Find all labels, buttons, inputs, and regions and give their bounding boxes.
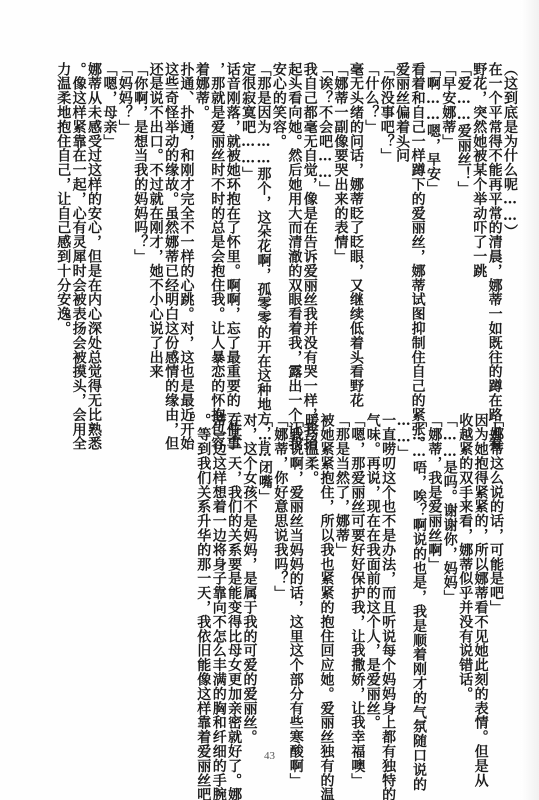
text-column: 「你啊，是想当我的妈妈吗？」 xyxy=(132,62,147,380)
text-column: ，那就是爱丽丝时不时的总是会抱住我。让人暴恋的怀抱包容 xyxy=(209,62,224,380)
text-column: 扑通、扑通，和刚才完全不一样的心跳。对，这也是最近开始 xyxy=(178,62,193,380)
page-number: 43 xyxy=(0,750,539,762)
text-column: 安心的笑容。 xyxy=(271,62,286,380)
text-column: 。等到我们关系升华的那一天，我依旧能像这样靠着爱丽丝吧 xyxy=(195,413,210,725)
text-column: 。像这样紧靠在一起，心有灵犀时会被表扬会被摸头，会用全 xyxy=(70,62,85,380)
text-block-top: （这到底是为什么呢……） 在一个平常得不能再平常的清晨，娜蒂一如既往的蹲在路上看… xyxy=(62,62,517,380)
text-column: 被她紧紧抱住，所以我也紧紧的抱住回应她。爱丽丝独有的温 xyxy=(318,413,333,725)
text-column: 着娜蒂。 xyxy=(193,62,208,380)
text-column: 这些奇怪举动的缘故。虽然娜蒂已经明白这份感情的缘由，但 xyxy=(163,62,178,380)
book-page: （这到底是为什么呢……） 在一个平常得不能再平常的清晨，娜蒂一如既往的蹲在路上看… xyxy=(0,0,539,800)
text-column: 「诶？不会吧……」 xyxy=(317,62,332,380)
text-column: 收越紧的双手来看，娜蒂似乎并没有说错话。 xyxy=(457,413,472,725)
text-column: （这到底是为什么呢……） xyxy=(502,62,517,380)
text-column: 「早安娜蒂」 xyxy=(440,62,455,380)
text-column: 「妈妈？」 xyxy=(116,62,131,380)
text-column: 还是说不出口。不过就在刚才，她不小心说了出来 xyxy=(147,62,162,380)
text-column: 娜蒂从未感受过这样的安心，但是在内心深处总觉得无比熟悉 xyxy=(86,62,101,380)
text-column: 气味。再说，现在在我面前的这个人，是爱丽丝。 xyxy=(364,413,379,725)
text-column: 「那是因为……那个，这朵花啊，孤零零的开在这种地方，肯 xyxy=(255,62,270,380)
text-column: 蒂一边这样想着一边将身子靠向不怎么丰满的胸和纤细的手腕 xyxy=(210,413,225,725)
text-column: 「娜蒂，你好意思说我吗？」 xyxy=(272,413,287,725)
text-column: 一直唠叨这个也不是办法，而且听说每个妈妈身上都有独特的 xyxy=(380,413,395,725)
text-column: 毫无头绪的问话，娜蒂眨了眨眼，又继续低着头看野花 xyxy=(348,62,363,380)
text-column: 「嗯，母亲」 xyxy=(101,62,116,380)
text-column: 在一个平常得不能再平常的清晨，娜蒂一如既往的蹲在路上看 xyxy=(486,62,501,380)
text-column: 。 xyxy=(179,413,194,725)
text-column: 我自己都毫无自觉，像是在告诉爱丽丝我并没有哭一样，我抬 xyxy=(301,62,316,380)
text-column: 野花，突然她被某个举动吓了一跳 xyxy=(471,62,486,380)
text-column: 「那是当然了，娜蒂」 xyxy=(334,413,349,725)
text-column: 「你没事吧？」 xyxy=(378,62,393,380)
text-block-bottom: 「娜蒂这么说的话，可能是吧」 因为她抱得紧紧的，所以娜蒂看不见她此刻的表情。但是… xyxy=(193,413,503,725)
text-column: 「……闭嘴」 xyxy=(257,413,272,725)
text-column: 「嗯，那爱丽丝可要好好保护我，让我撒娇，让我幸福噢」 xyxy=(349,413,364,725)
text-column: 「爱……爱丽丝！」 xyxy=(455,62,470,380)
text-column: 暖与温柔。 xyxy=(303,413,318,725)
text-column: 力温柔地抱住自己，让自己感到十分安逸。 xyxy=(55,62,70,380)
text-column: ……」 xyxy=(395,413,410,725)
page-edge-shadow xyxy=(521,0,539,800)
text-column: 「娜蒂一副像要哭出来的表情」 xyxy=(332,62,347,380)
text-column: 「……是吗。谢谢你，妈妈」 xyxy=(441,413,456,725)
text-column: 「我说啊，爱丽丝当妈妈的话，这里这个部分有些寒酸啊」 xyxy=(287,413,302,725)
text-column: 「娜蒂，我是爱丽丝啊」 xyxy=(426,413,441,725)
text-column: 「娜蒂这么说的话，可能是吧」 xyxy=(488,413,503,725)
text-column: 因为她抱得紧紧的，所以娜蒂看不见她此刻的表情。但是从 xyxy=(472,413,487,725)
text-column: 起头看向她。然后她用大而清澈的双眼看着我，露出一个让我 xyxy=(286,62,301,380)
text-column: 爱丽丝偏着头问 xyxy=(394,62,409,380)
text-column: 「啊……嗯，早安」 xyxy=(425,62,440,380)
text-column: 看着和自己一样蹲下的爱丽丝，娜蒂试图抑制住自己的紧张。 xyxy=(409,62,424,380)
text-column: 在某一天，我们的关系要是能变得比母女更加亲密就好了。娜 xyxy=(226,413,241,725)
text-column: 定很寂寞吧……」 xyxy=(240,62,255,380)
text-column: 「……唔，唉？啊说的也是，我是顺着刚才的气氛随口说的 xyxy=(411,413,426,725)
text-column: 话音刚落，就被她环抱在了怀里。啊啊，忘了最重要的一件事 xyxy=(224,62,239,380)
text-column: 「什么？」 xyxy=(363,62,378,380)
text-column: 对，这个女孩不是妈妈，是属于我的可爱的爱丽丝。 xyxy=(241,413,256,725)
